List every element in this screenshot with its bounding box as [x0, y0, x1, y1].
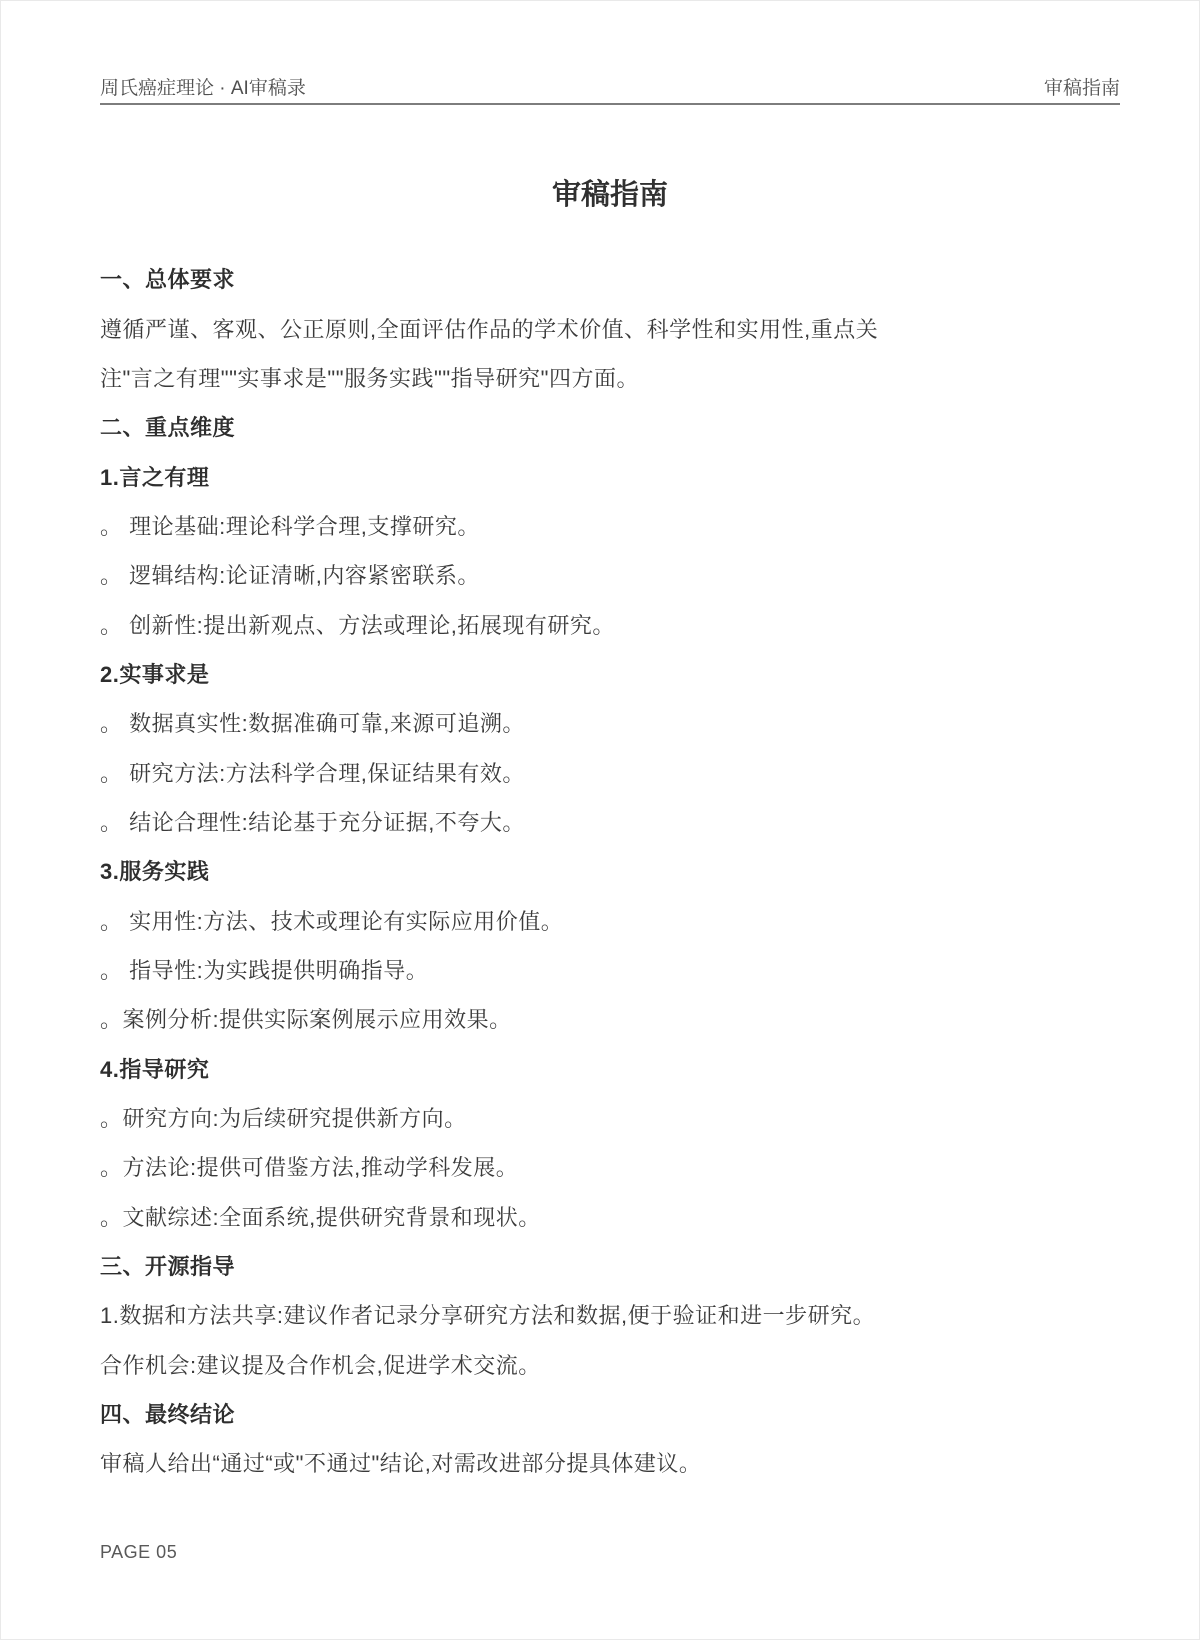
body-text-line: 合作机会:建议提及合作机会,促进学术交流。 — [100, 1340, 1120, 1389]
body-heading-line: 三、开源指导 — [100, 1241, 1120, 1290]
body-heading-line: 1.言之有理 — [100, 451, 1120, 500]
page-number: PAGE 05 — [100, 1542, 177, 1563]
body-text-line: 。 创新性:提出新观点、方法或理论,拓展现有研究。 — [100, 599, 1120, 648]
body-text-line: 1.数据和方法共享:建议作者记录分享研究方法和数据,便于验证和进一步研究。 — [100, 1290, 1120, 1339]
document-page: 周氏癌症理论 · AI审稿录 审稿指南 审稿指南 一、总体要求遵循严谨、客观、公… — [0, 0, 1200, 1640]
page-header: 周氏癌症理论 · AI审稿录 审稿指南 — [100, 73, 1120, 100]
header-divider — [100, 103, 1120, 105]
body-text-line: 。 研究方法:方法科学合理,保证结果有效。 — [100, 747, 1120, 796]
document-body: 一、总体要求遵循严谨、客观、公正原则,全面评估作品的学术价值、科学性和实用性,重… — [100, 254, 1120, 1488]
body-text-line: 。 实用性:方法、技术或理论有实际应用价值。 — [100, 895, 1120, 944]
body-text-line: 。 理论基础:理论科学合理,支撑研究。 — [100, 501, 1120, 550]
body-text-line: 。 逻辑结构:论证清晰,内容紧密联系。 — [100, 550, 1120, 599]
body-text-line: 。文献综述:全面系统,提供研究背景和现状。 — [100, 1192, 1120, 1241]
body-text-line: 审稿人给出“通过“或"不通过"结论,对需改进部分提具体建议。 — [100, 1438, 1120, 1487]
body-text-line: 。 结论合理性:结论基于充分证据,不夸大。 — [100, 797, 1120, 846]
body-text-line: 。案例分析:提供实际案例展示应用效果。 — [100, 994, 1120, 1043]
body-text-line: 注"言之有理""实事求是""服务实践""指导研究"四方面。 — [100, 353, 1120, 402]
body-heading-line: 4.指导研究 — [100, 1044, 1120, 1093]
body-text-line: 。 数据真实性:数据准确可靠,来源可追溯。 — [100, 698, 1120, 747]
body-heading-line: 2.实事求是 — [100, 649, 1120, 698]
body-heading-line: 3.服务实践 — [100, 846, 1120, 895]
body-text-line: 遵循严谨、客观、公正原则,全面评估作品的学术价值、科学性和实用性,重点关 — [100, 303, 1120, 352]
header-left-title: 周氏癌症理论 · AI审稿录 — [100, 73, 306, 100]
page-title: 审稿指南 — [100, 172, 1120, 213]
body-text-line: 。研究方向:为后续研究提供新方向。 — [100, 1093, 1120, 1142]
body-heading-line: 一、总体要求 — [100, 254, 1120, 303]
body-text-line: 。 指导性:为实践提供明确指导。 — [100, 945, 1120, 994]
header-right-title: 审稿指南 — [1044, 73, 1120, 100]
body-heading-line: 四、最终结论 — [100, 1389, 1120, 1438]
body-heading-line: 二、重点维度 — [100, 402, 1120, 451]
body-text-line: 。方法论:提供可借鉴方法,推动学科发展。 — [100, 1142, 1120, 1191]
